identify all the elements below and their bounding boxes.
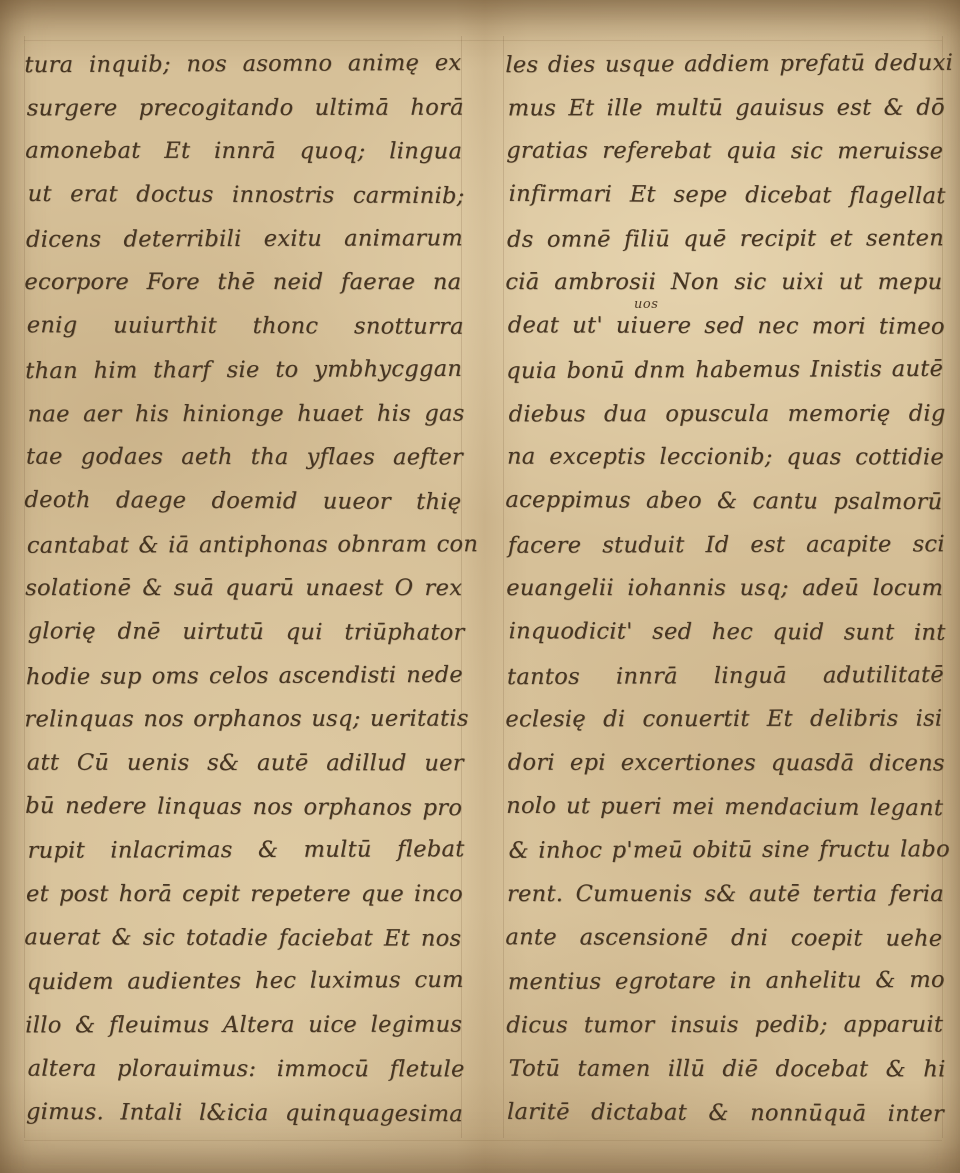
- manuscript-text-line: nolo ut pueri mei mendacium legant: [506, 785, 943, 831]
- manuscript-text-line: infirmari Et sepe dicebat flagellat: [508, 173, 945, 219]
- manuscript-page: tura inquib; nos asomno animę exsurgere …: [0, 0, 960, 1173]
- manuscript-text-line: ciā ambrosii Non sic uixi ut mepu: [505, 261, 942, 305]
- manuscript-text-line: eclesię di conuertit Et delibris isi: [505, 698, 942, 742]
- column-ruling-line: [503, 36, 504, 1138]
- manuscript-text-line: illo & fleuimus Altera uice legimus: [25, 1004, 462, 1048]
- manuscript-text-line: surgere precogitando ultimā horā: [27, 86, 464, 130]
- manuscript-text-line: ds omnē filiū quē recipit et senten: [507, 217, 944, 262]
- manuscript-text-line: solationē & suā quarū unaest O rex: [25, 567, 462, 611]
- manuscript-text-line: quia bonū dnm habemus Inistis autē: [506, 348, 943, 394]
- manuscript-text-line: Totū tamen illū diē docebat & hi: [509, 1047, 946, 1091]
- manuscript-text-line: ante ascensionē dni coepit uehe: [505, 916, 942, 961]
- manuscript-text-line: enig uuiurthit thonc snotturra: [27, 304, 464, 349]
- manuscript-text-line: cantabat & iā antiphonas obnram con: [27, 523, 464, 568]
- horizontal-ruling-line: [24, 1140, 942, 1141]
- manuscript-text-line: relinquas nos orphanos usq; ueritatis: [24, 698, 461, 742]
- manuscript-text-line: gratias referebat quia sic meruisse: [506, 130, 943, 174]
- manuscript-text-line: hodie sup oms celos ascendisti nede: [26, 653, 463, 699]
- manuscript-text-line: ecorpore Fore thē neid faerae na: [24, 261, 461, 305]
- manuscript-text-line: dicens deterribili exitu animarum: [26, 217, 463, 262]
- manuscript-text-line: tantos innrā linguā adutilitatē: [507, 653, 944, 699]
- manuscript-text-line: aceppimus abeo & cantu psalmorū: [505, 479, 942, 525]
- manuscript-text-line: diebus dua opuscula memorię dig: [509, 392, 946, 436]
- manuscript-text-line: att Cū uenis s& autē adillud uer: [27, 742, 464, 786]
- manuscript-text-line: na exceptis leccionib; quas cottidie: [507, 436, 944, 480]
- manuscript-text-line: inquodicit' sed hec quid sunt int: [509, 610, 946, 655]
- horizontal-ruling-line: [24, 40, 942, 41]
- manuscript-text-line: auerat & sic totadie faciebat Et nos: [24, 916, 461, 961]
- manuscript-text-line: nae aer his hinionge huaet his gas: [28, 392, 465, 436]
- manuscript-text-line: rent. Cumuenis s& autē tertia feria: [507, 873, 944, 917]
- manuscript-text-line: et post horā cepit repetere que inco: [26, 873, 463, 917]
- interlinear-gloss: uos: [634, 297, 658, 312]
- manuscript-text-line: dicus tumor insuis pedib; apparuit: [506, 1004, 943, 1048]
- manuscript-text-line: tae godaes aeth tha yflaes aefter: [26, 436, 463, 480]
- manuscript-text-line: quidem audientes hec luximus cum: [27, 959, 464, 1005]
- manuscript-text-line: rupit inlacrimas & multū flebat: [28, 829, 465, 874]
- manuscript-text-line: than him tharf sie to ymbhycggan: [25, 348, 462, 394]
- manuscript-text-line: glorię dnē uirtutū qui triūphator: [28, 610, 465, 655]
- manuscript-text-line: mentius egrotare in anhelitu & mo: [508, 959, 945, 1005]
- manuscript-text-line: bū nedere linquas nos orphanos pro: [25, 785, 462, 831]
- manuscript-text-line: laritē dictabat & nonnūquā inter: [507, 1090, 944, 1136]
- manuscript-text-line: ut erat doctus innostris carminib;: [27, 173, 464, 219]
- manuscript-text-line: tura inquib; nos asomno animę ex: [24, 42, 461, 88]
- manuscript-text-line: amonebat Et innrā quoq; lingua: [25, 130, 462, 174]
- manuscript-text-line: gimus. Intali l&icia quinquagesima: [26, 1090, 463, 1136]
- manuscript-text-line: dori epi excertiones quasdā dicens: [508, 742, 945, 786]
- manuscript-text-line: altera plorauimus: immocū fletule: [28, 1047, 465, 1091]
- manuscript-text-line: & inhoc p'meū obitū sine fructu labo: [509, 829, 946, 874]
- manuscript-text-line: facere studuit Id est acapite sci: [508, 523, 945, 568]
- right-text-column: les dies usque addiem prefatū deduximus …: [507, 43, 944, 1135]
- manuscript-text-line: deoth daege doemid uueor thię: [24, 479, 461, 525]
- manuscript-text-line: deat ut' uiuere sed nec mori timeo: [508, 304, 945, 349]
- manuscript-text-line: euangelii iohannis usq; adeū locum: [506, 567, 943, 611]
- manuscript-text-line: les dies usque addiem prefatū deduxi: [505, 42, 942, 88]
- left-text-column: tura inquib; nos asomno animę exsurgere …: [26, 43, 463, 1135]
- manuscript-text-line: mus Et ille multū gauisus est & dō: [508, 86, 945, 130]
